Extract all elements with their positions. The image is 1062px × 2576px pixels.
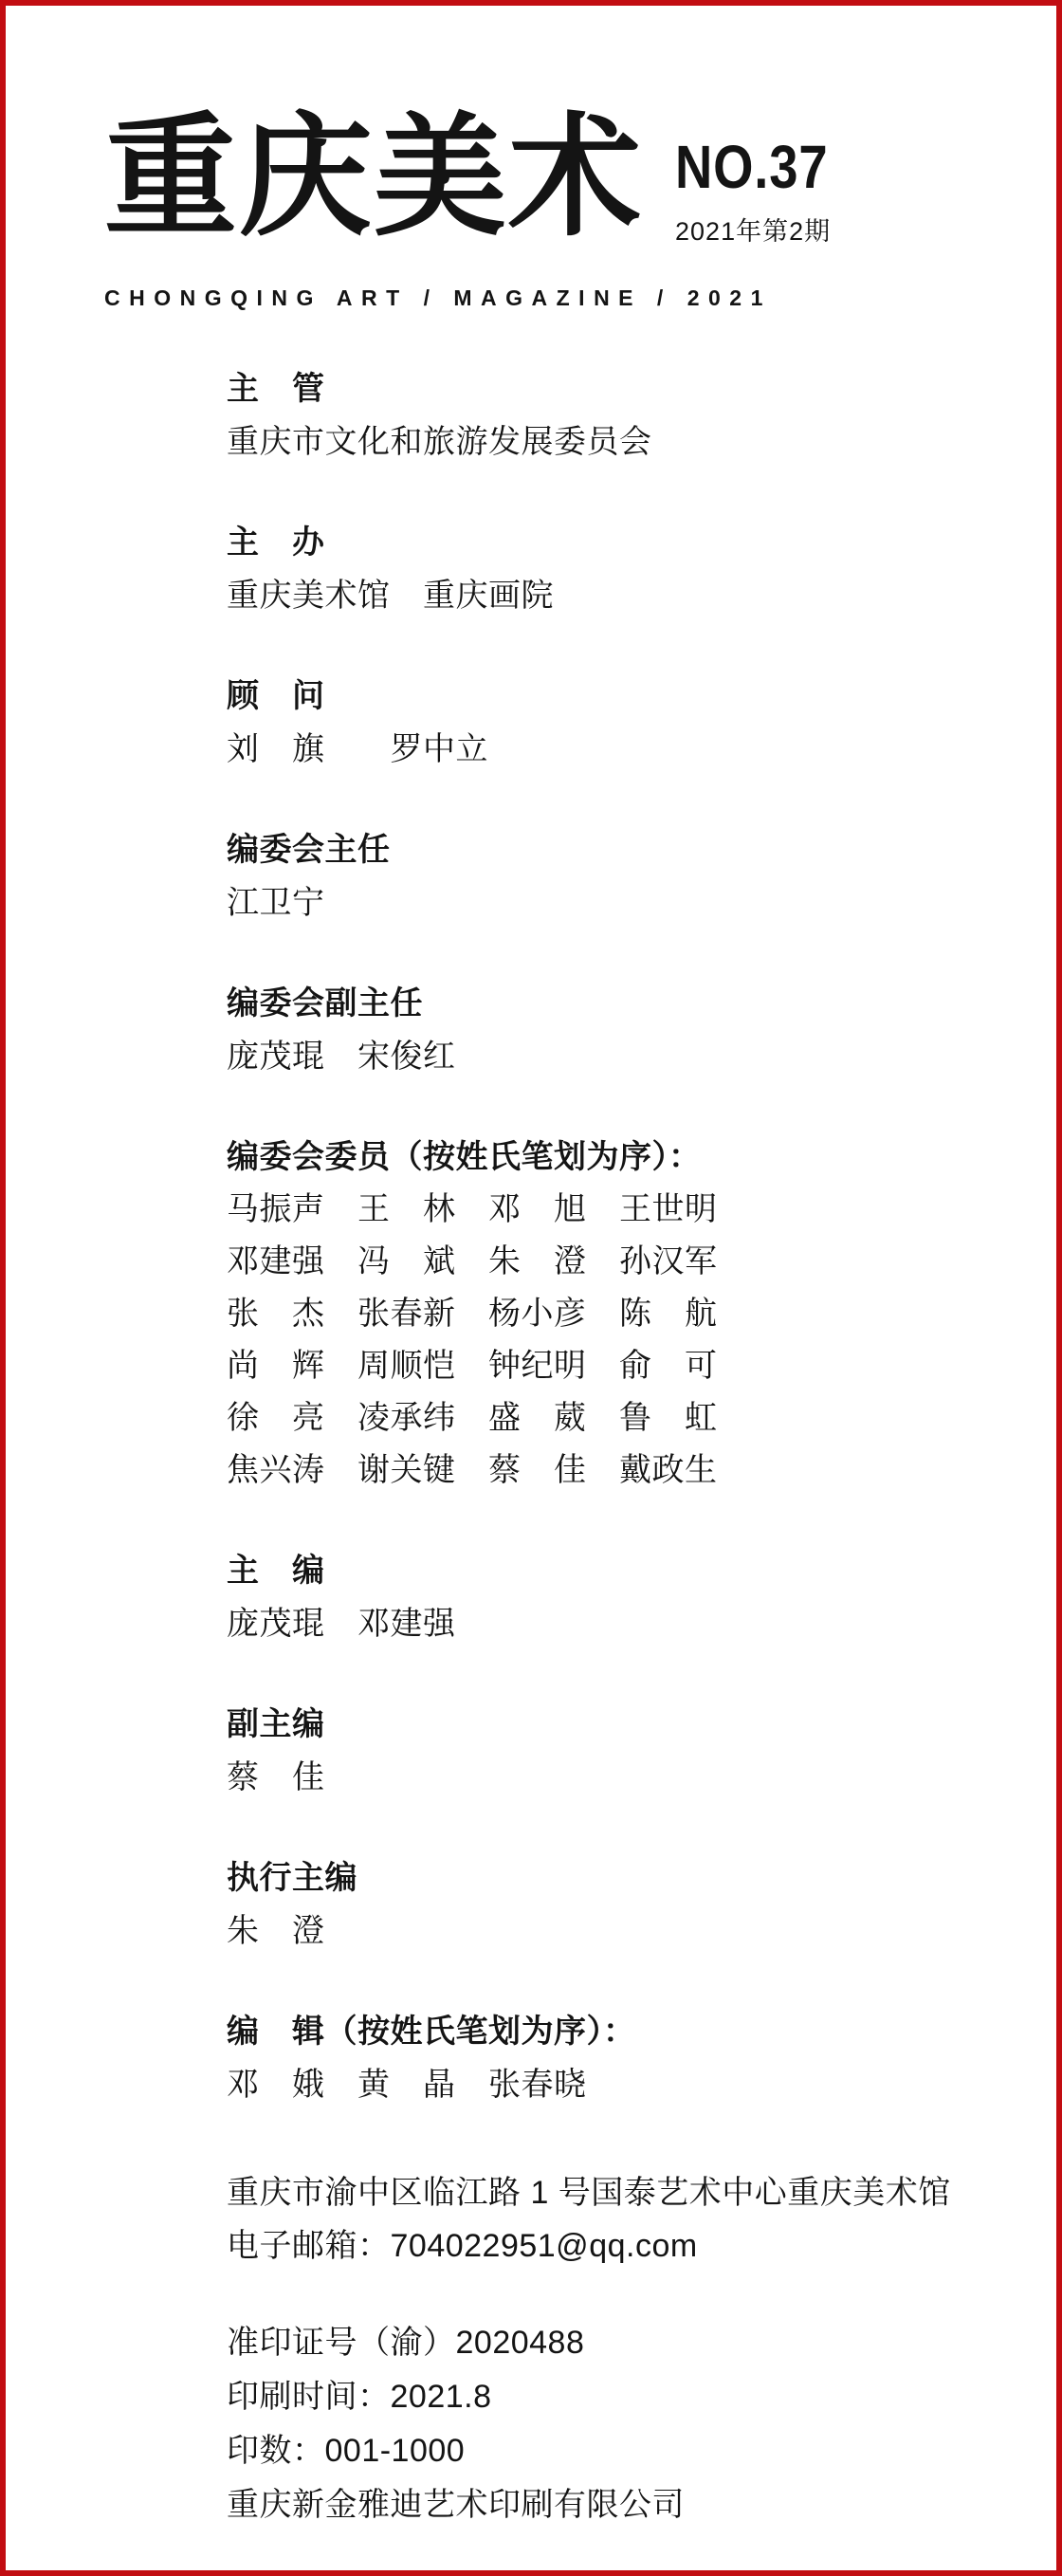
staff-section: 主 编庞茂琨 邓建强	[227, 1544, 1009, 1650]
staff-section: 编委会主任江卫宁	[227, 823, 1009, 929]
title-row: 重庆美术 NO.37 2021年第2期	[104, 106, 1056, 249]
issue-date: 2021年第2期	[675, 211, 855, 248]
section-line: 邓建强 冯 斌 朱 澄 孙汉军	[227, 1236, 1009, 1288]
section-heading: 主 编	[227, 1544, 1009, 1597]
section-heading: 编委会委员（按姓氏笔划为序）：	[227, 1131, 1009, 1184]
imprint-block: 准印证号（渝）2020488 印刷时间：2021.8 印数：001-1000 重…	[227, 2316, 1009, 2532]
email-line: 电子邮箱：704022951@qq.com	[227, 2219, 1009, 2272]
section-line: 张 杰 张春新 杨小彦 陈 航	[227, 1288, 1009, 1340]
magazine-title: 重庆美术	[104, 106, 643, 249]
section-heading: 编 辑（按姓氏笔划为序）：	[227, 2005, 1009, 2058]
section-heading: 编委会副主任	[227, 977, 1009, 1030]
section-heading: 主 管	[227, 362, 1009, 415]
magazine-colophon-page: 重庆美术 NO.37 2021年第2期 CHONGQING ART / MAGA…	[0, 0, 1062, 2576]
staff-section: 主 办重庆美术馆 重庆画院	[227, 516, 1009, 622]
staff-section: 编委会副主任庞茂琨 宋俊红	[227, 977, 1009, 1083]
address-line: 重庆市渝中区临江路 1 号国泰艺术中心重庆美术馆	[227, 2166, 1009, 2219]
section-line: 马振声 王 林 邓 旭 王世明	[227, 1184, 1009, 1236]
section-line: 焦兴涛 谢关键 蔡 佳 戴政生	[227, 1444, 1009, 1497]
section-line: 尚 辉 周顺恺 钟纪明 俞 可	[227, 1340, 1009, 1392]
section-heading: 主 办	[227, 516, 1009, 569]
section-line: 邓 娥 黄 晶 张春晓	[227, 2058, 1009, 2111]
staff-section: 执行主编朱 澄	[227, 1851, 1009, 1958]
section-heading: 顾 问	[227, 670, 1009, 723]
section-line: 朱 澄	[227, 1904, 1009, 1958]
print-run-line: 印数：001-1000	[227, 2424, 1009, 2478]
section-heading: 副主编	[227, 1698, 1009, 1751]
section-line: 庞茂琨 邓建强	[227, 1597, 1009, 1650]
staff-section: 主 管重庆市文化和旅游发展委员会	[227, 362, 1009, 469]
contact-block: 重庆市渝中区临江路 1 号国泰艺术中心重庆美术馆 电子邮箱：704022951@…	[227, 2166, 1009, 2272]
magazine-subtitle: CHONGQING ART / MAGAZINE / 2021	[104, 285, 1056, 311]
section-line: 徐 亮 凌承纬 盛 葳 鲁 虹	[227, 1392, 1009, 1444]
print-date-line: 印刷时间：2021.8	[227, 2370, 1009, 2424]
masthead: 重庆美术 NO.37 2021年第2期 CHONGQING ART / MAGA…	[6, 6, 1056, 311]
section-heading: 执行主编	[227, 1851, 1009, 1904]
staff-sections: 主 管重庆市文化和旅游发展委员会主 办重庆美术馆 重庆画院顾 问刘 旗 罗中立编…	[227, 362, 1009, 2111]
section-line: 庞茂琨 宋俊红	[227, 1030, 1009, 1083]
section-line: 重庆市文化和旅游发展委员会	[227, 415, 1009, 469]
print-license-line: 准印证号（渝）2020488	[227, 2316, 1009, 2370]
section-heading: 编委会主任	[227, 823, 1009, 876]
issue-block: NO.37 2021年第2期	[675, 106, 855, 248]
section-line: 蔡 佳	[227, 1751, 1009, 1804]
section-line: 重庆美术馆 重庆画院	[227, 569, 1009, 622]
staff-section: 副主编蔡 佳	[227, 1698, 1009, 1804]
staff-section: 顾 问刘 旗 罗中立	[227, 670, 1009, 776]
staff-section: 编委会委员（按姓氏笔划为序）：马振声 王 林 邓 旭 王世明邓建强 冯 斌 朱 …	[227, 1131, 1009, 1497]
issue-number: NO.37	[675, 137, 828, 197]
colophon-content: 主 管重庆市文化和旅游发展委员会主 办重庆美术馆 重庆画院顾 问刘 旗 罗中立编…	[6, 311, 1056, 2532]
printer-name-line: 重庆新金雅迪艺术印刷有限公司	[227, 2478, 1009, 2532]
staff-section: 编 辑（按姓氏笔划为序）：邓 娥 黄 晶 张春晓	[227, 2005, 1009, 2111]
section-line: 刘 旗 罗中立	[227, 723, 1009, 776]
section-line: 江卫宁	[227, 876, 1009, 929]
